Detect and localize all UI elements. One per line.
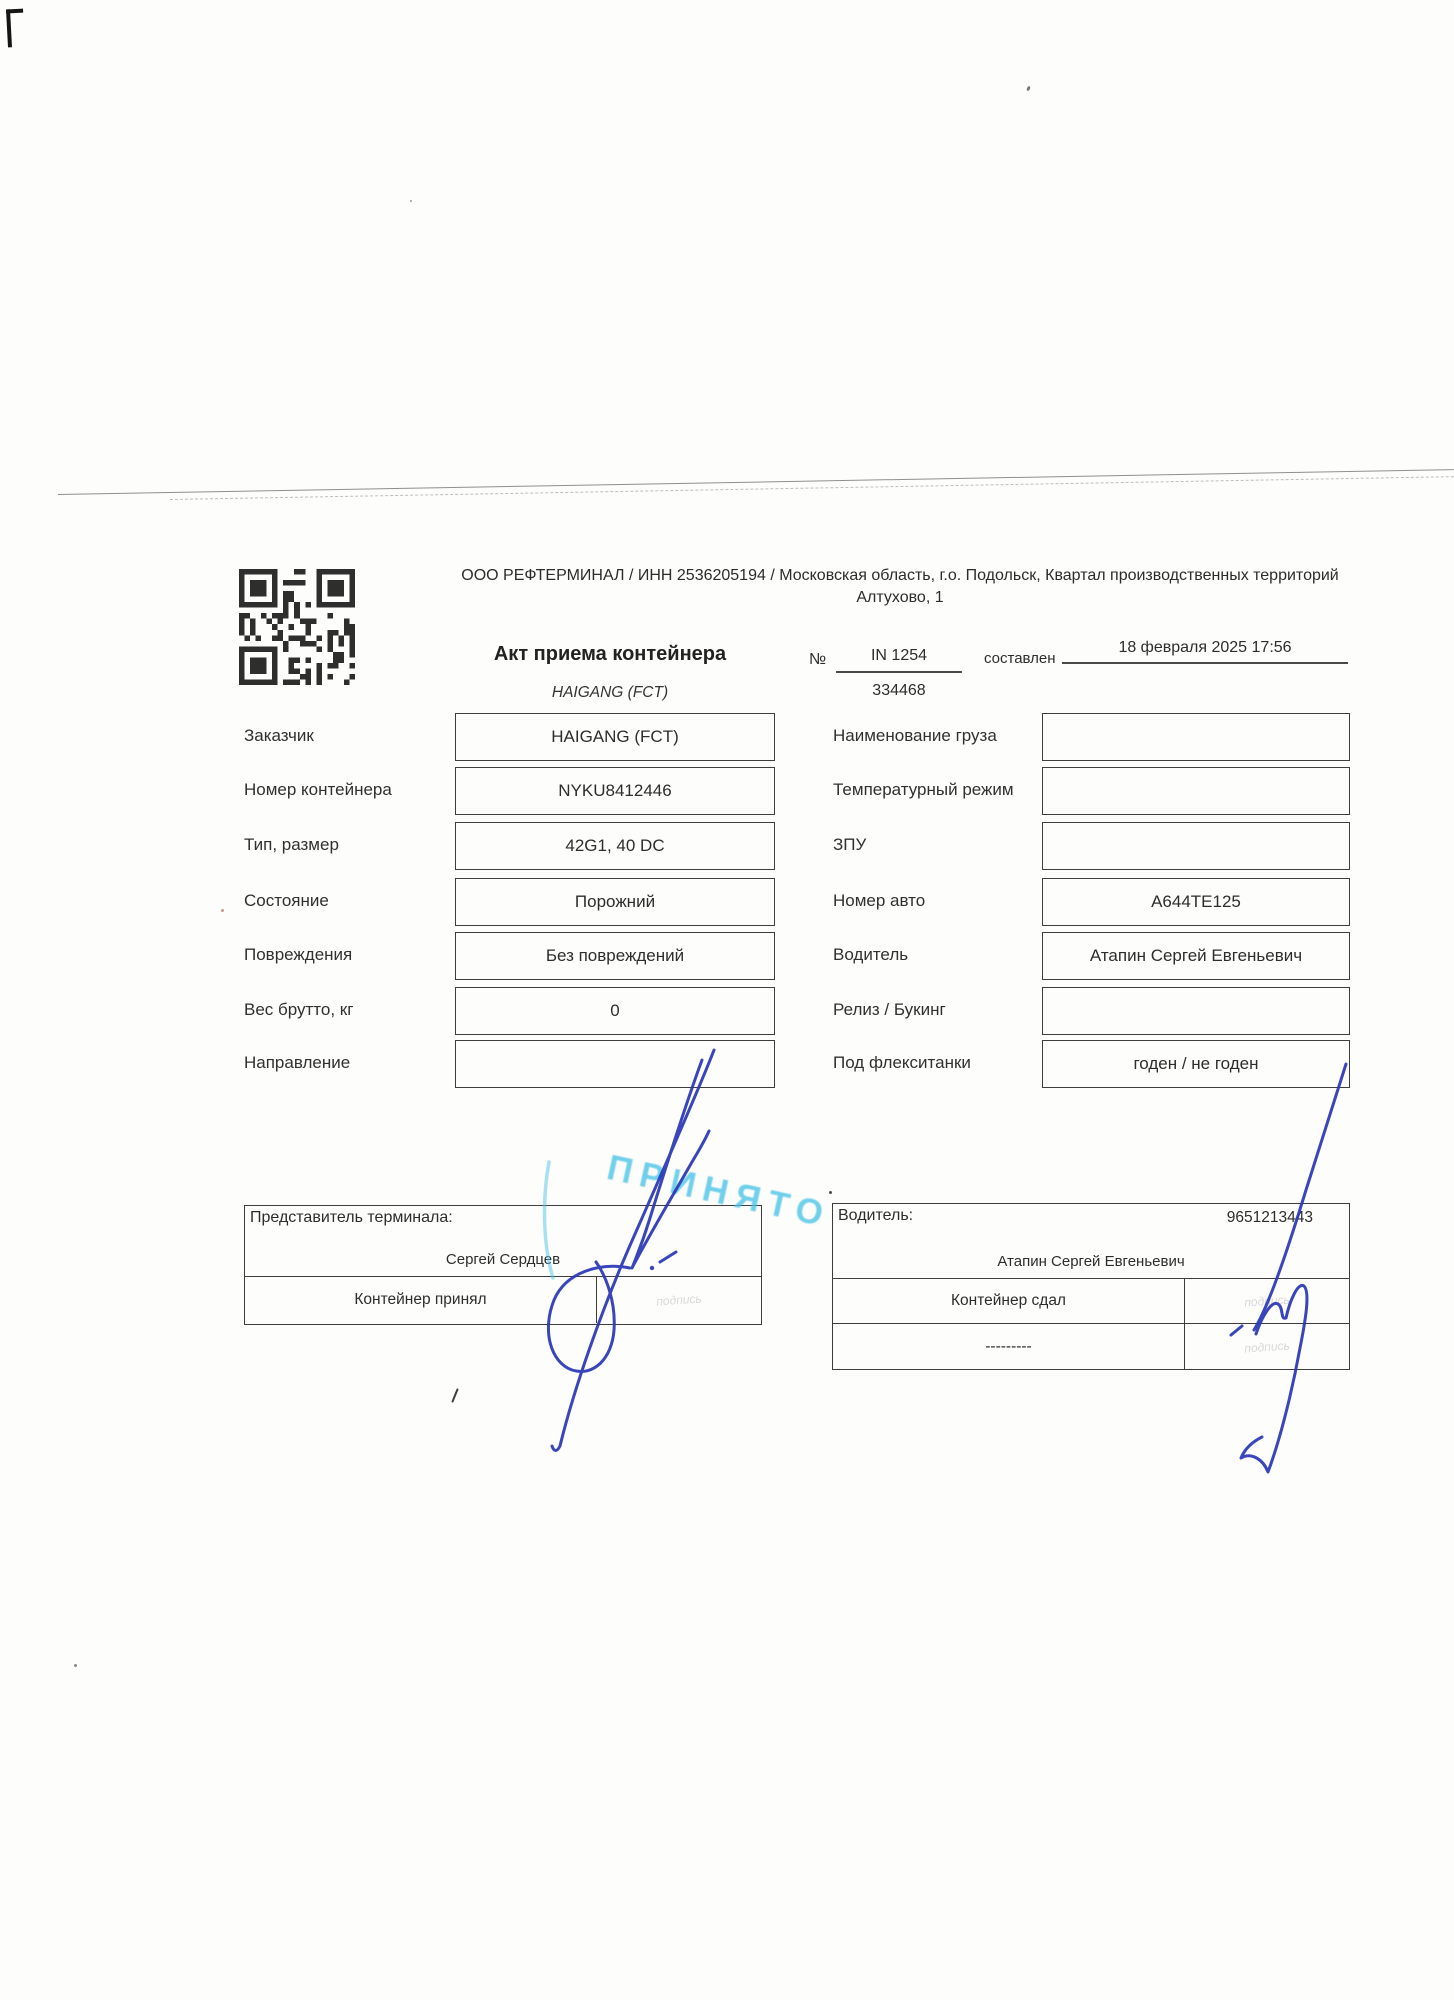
driver-block-row2: Контейнер сдал подпись bbox=[833, 1278, 1349, 1323]
field-label: Тип, размер bbox=[244, 834, 339, 856]
act-number-secondary: 334468 bbox=[836, 682, 962, 700]
field-label: Вес брутто, кг bbox=[244, 999, 353, 1021]
document-title: Акт приема контейнера bbox=[448, 643, 772, 666]
composed-label: составлен bbox=[984, 650, 1056, 667]
composed-datetime: 18 февраля 2025 17:56 bbox=[1062, 639, 1348, 664]
field-label: Состояние bbox=[244, 890, 329, 912]
field-value-box: годен / не годен bbox=[1042, 1040, 1350, 1088]
field-value-box: HAIGANG (FCT) bbox=[455, 713, 775, 761]
scan-corner-artifact bbox=[6, 9, 25, 48]
field-label: Водитель bbox=[833, 944, 908, 966]
driver-name: Атапин Сергей Евгеньевич bbox=[833, 1253, 1349, 1270]
field-label: Повреждения bbox=[244, 944, 352, 966]
scan-speck bbox=[74, 1664, 77, 1667]
field-label: Номер контейнера bbox=[244, 779, 392, 801]
company-header: ООО РЕФТЕРМИНАЛ / ИНН 2536205194 / Моско… bbox=[380, 565, 1420, 609]
company-header-line1: ООО РЕФТЕРМИНАЛ / ИНН 2536205194 / Моско… bbox=[380, 565, 1420, 587]
act-number: IN 1254 bbox=[836, 647, 962, 673]
field-value-box: А644ТЕ125 bbox=[1042, 878, 1350, 926]
field-label: Номер авто bbox=[833, 890, 925, 912]
field-value-box: Атапин Сергей Евгеньевич bbox=[1042, 932, 1350, 980]
field-label: Направление bbox=[244, 1052, 350, 1074]
driver-block-row1: Водитель: 9651213443 Атапин Сергей Евген… bbox=[833, 1204, 1349, 1278]
field-value-box: 0 bbox=[455, 987, 775, 1035]
field-label: Релиз / Букинг bbox=[833, 999, 946, 1021]
field-label: Температурный режим bbox=[833, 779, 1014, 801]
field-label: ЗПУ bbox=[833, 834, 866, 856]
document-subtitle: HAIGANG (FCT) bbox=[448, 684, 772, 702]
driver-dashes: --------- bbox=[833, 1324, 1185, 1369]
field-value-box: 42G1, 40 DC bbox=[455, 822, 775, 870]
number-sign-label: № bbox=[809, 651, 826, 669]
field-value-box bbox=[1042, 822, 1350, 870]
scanned-document-page: ООО РЕФТЕРМИНАЛ / ИНН 2536205194 / Моско… bbox=[0, 0, 1454, 2000]
driver-block-row3: --------- подпись bbox=[833, 1323, 1349, 1369]
terminal-action-label: Контейнер принял bbox=[245, 1277, 597, 1323]
scan-stroke-artifact bbox=[451, 1388, 458, 1403]
field-value-box: Порожний bbox=[455, 878, 775, 926]
terminal-signature-cell: подпись bbox=[596, 1271, 763, 1328]
driver-action-label: Контейнер сдал bbox=[833, 1279, 1185, 1323]
scan-speck bbox=[221, 909, 224, 912]
scan-speck bbox=[829, 1191, 832, 1194]
field-value-box bbox=[1042, 987, 1350, 1035]
field-label: Заказчик bbox=[244, 725, 314, 747]
field-value-box bbox=[1042, 713, 1350, 761]
driver-block-header: Водитель: bbox=[838, 1207, 913, 1225]
field-label: Под флекситанки bbox=[833, 1052, 971, 1074]
terminal-signature-block: Представитель терминала: Сергей Сердцев … bbox=[244, 1205, 762, 1325]
terminal-block-row1: Представитель терминала: Сергей Сердцев bbox=[245, 1206, 761, 1276]
driver-phone: 9651213443 bbox=[1227, 1209, 1313, 1227]
field-value-box: Без повреждений bbox=[455, 932, 775, 980]
qr-code bbox=[239, 569, 355, 685]
field-value-box bbox=[455, 1040, 775, 1088]
terminal-representative-name: Сергей Сердцев bbox=[245, 1251, 761, 1268]
terminal-block-header: Представитель терминала: bbox=[250, 1209, 453, 1227]
field-value-box bbox=[1042, 767, 1350, 815]
scan-speck bbox=[410, 200, 412, 202]
terminal-block-row2: Контейнер принял подпись bbox=[245, 1276, 761, 1323]
scan-fold-line bbox=[58, 469, 1454, 495]
company-header-line2: Алтухово, 1 bbox=[380, 587, 1420, 609]
field-value-box: NYKU8412446 bbox=[455, 767, 775, 815]
scan-speck bbox=[1026, 86, 1031, 92]
field-label: Наименование груза bbox=[833, 725, 997, 747]
driver-signature-block: Водитель: 9651213443 Атапин Сергей Евген… bbox=[832, 1203, 1350, 1370]
